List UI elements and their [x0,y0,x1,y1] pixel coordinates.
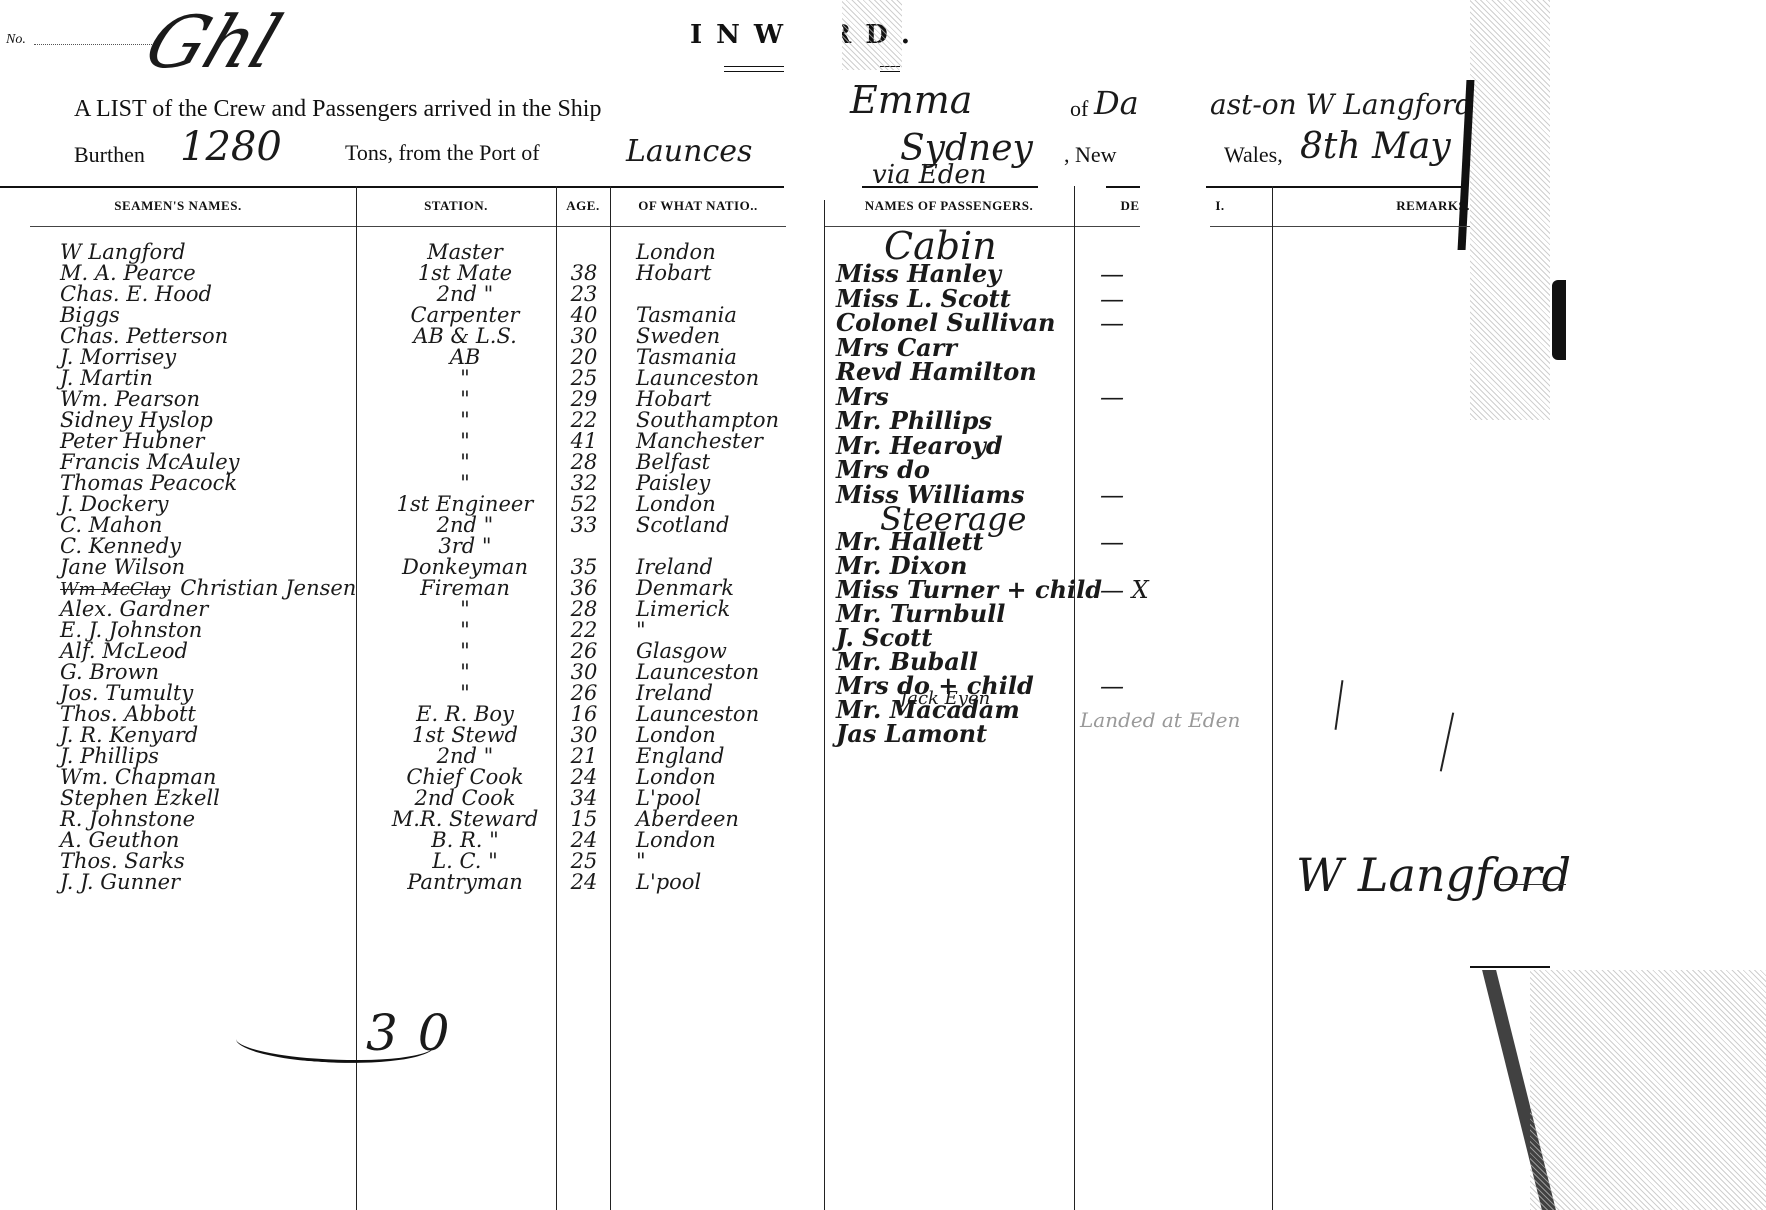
passenger-name: Jas Lamont [836,722,987,746]
header-rule-mid [862,186,1038,188]
passenger-name: Mrs [836,385,889,409]
divider-passengers-description [1074,186,1075,1210]
arrival-date: 8th May [1300,126,1451,167]
col-header-nation: OF WHAT NATIO.. [610,198,786,214]
col-header-age: AGE. [556,198,610,214]
passenger-name: Mrs do [836,458,930,482]
crew-name: J. J. Gunner [60,870,360,894]
title-rule-left [724,66,784,72]
crew-nation: Hobart [636,261,816,285]
col-header-underline-1 [30,226,786,227]
footer-total: 30 [366,1004,470,1062]
passenger-description-mark: — [1100,483,1124,507]
passenger-description-mark: — [1100,262,1124,286]
page-corner-noise [1530,970,1766,1210]
from-port: Launces [626,134,752,169]
number-label: No. [6,32,26,48]
wales-label: Wales, [1224,142,1283,168]
passenger-name: Colonel Sullivan [836,311,1056,335]
ship-name: Emma [850,78,972,122]
crew-age: 24 [562,870,606,894]
ship-master: ast-on W Langford [1210,88,1473,121]
burthen-value: 1280 [180,124,282,170]
passenger-name: Miss L. Scott [836,287,1011,311]
crew-nation: Scotland [636,513,816,537]
col-header-passengers: NAMES OF PASSENGERS. [824,198,1074,214]
col-header-remarks: REMARKS. [1360,198,1470,214]
divider-age-nation [610,186,611,1210]
number-value: Ghl [135,0,292,84]
faint-description-note: Landed at Eden [1080,708,1240,732]
passenger-description-mark: — [1100,530,1124,554]
passenger-description-mark: — X [1100,578,1149,602]
jas-lamont-note: Jack Eyen [900,688,990,709]
passenger-description-mark: — [1100,287,1124,311]
passenger-description-mark: — [1100,674,1124,698]
passenger-name: Mr. Hearoyd [836,434,1003,458]
master-signature: W Langford [1296,848,1571,902]
col-header-description-end: I. [1210,198,1230,214]
page-corner-edge [1470,966,1550,968]
remarks-stroke-2 [1440,712,1454,771]
new-label: , New [1064,142,1117,168]
divider-description-remarks [1272,186,1273,1210]
col-header-station: STATION. [356,198,556,214]
divider-nation-passengers [824,200,825,1210]
ship-of-value: Da [1094,84,1139,122]
scan-noise-right [1470,0,1550,420]
page-edge-blot [1552,280,1566,360]
crew-nation: L'pool [636,870,816,894]
passenger-description-mark: — [1100,385,1124,409]
crew-age: 33 [562,513,606,537]
col-header-underline-3 [1210,226,1470,227]
passenger-name: Mr. Phillips [836,409,992,433]
list-title-line: A LIST of the Crew and Passengers arrive… [74,96,601,123]
header-rule-left [0,186,784,188]
burthen-label: Burthen [74,142,145,168]
scan-gap-1 [784,0,842,200]
col-header-description: DE [1100,198,1160,214]
number-dotted-line [34,44,154,45]
signature-trail [1500,884,1566,885]
passenger-name: Revd Hamilton [836,360,1037,384]
tons-label: Tons, from the Port of [345,140,540,166]
remarks-stroke-1 [1335,680,1344,730]
divider-station-age [556,186,557,1210]
crew-station: Pantryman [380,870,550,894]
passenger-name: Miss Hanley [836,262,1001,286]
passenger-description-mark: — [1100,311,1124,335]
col-header-seamen-names: SEAMEN'S NAMES. [0,198,356,214]
scan-noise-top [842,0,902,70]
passenger-name: Mrs Carr [836,336,957,360]
of-label: of [1070,96,1088,122]
